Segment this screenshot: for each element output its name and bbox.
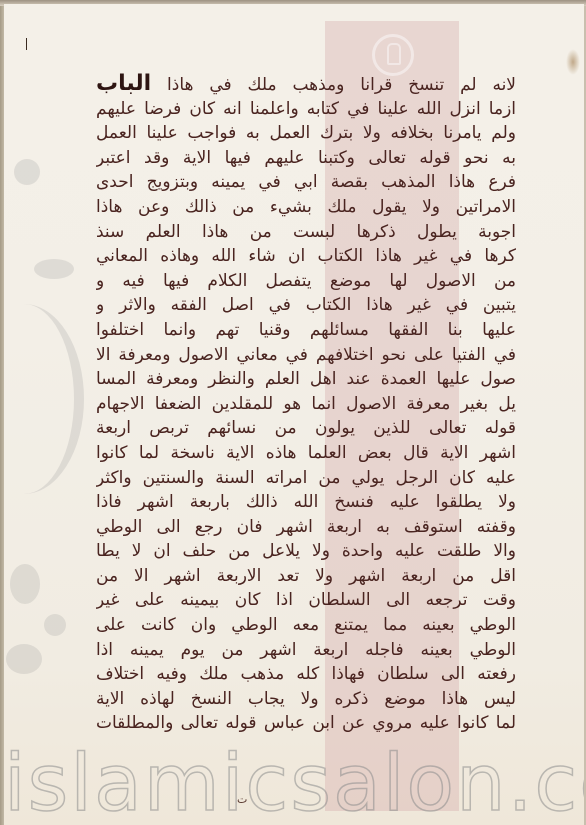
manuscript-page: لانه لم تنسخ قرانا ومذهب ملك في هاذا الب… [4,4,584,825]
text-line: اقل من اربعة اشهر ولا تعد الاربعة اشهر ا… [96,564,516,589]
text-line: والا طلقت عليه واحدة ولا يلاعل من حلف ان… [96,539,516,564]
watermark-blot [6,644,42,674]
text-line: فرع هاذا المذهب بقصة ابي في يمينه وبتزوي… [96,170,516,195]
text-line: عليها بنا الفقها مسائلهم وقنيا تهم وانما… [96,318,516,343]
crescent-watermark-icon [4,304,84,494]
text-line: لما كانوا عليه مروي عن ابن عباس قوله تعا… [96,711,516,736]
text-line: لانه لم تنسخ قرانا ومذهب ملك في هاذا الب… [96,72,516,97]
text-line: اجوبة يطول ذكرها لبست من هاذا العلم سنذ [96,220,516,245]
text-line: كرها في غير هاذا الكتاب ان شاء الله وهاذ… [96,244,516,269]
watermark-blot [34,259,74,279]
text-line: صول عليها العمدة عند اهل العلم والنظر وم… [96,367,516,392]
text-line: الوطي بعينه فاجله اربعة اشهر من يوم يمين… [96,638,516,663]
site-watermark: islamicsalon.com [4,739,584,825]
text-line: يل بغير معرفة الاصول انما هو للمقلدين ال… [96,392,516,417]
text-line: ازما انزل الله علينا في كتابه واعلمنا ان… [96,97,516,122]
emblem-watermark-icon [372,34,414,76]
watermark-blot [10,564,40,604]
paper-stain [566,49,580,75]
text-line: الوطي بعينه مما يمتنع معه الوطي وان كانت… [96,613,516,638]
watermark-blot [44,614,66,636]
watermark-blot [14,159,40,185]
ink-speck [26,38,27,50]
text-line: اشهر الاية قال بعض العلما هاذه الاية ناس… [96,441,516,466]
text-line: الامراتين ولا يقول ملك بشيء من ذالك وعن … [96,195,516,220]
text-line: عليه كان الرجل يولي من امراته السنة والس… [96,466,516,491]
manuscript-text: لانه لم تنسخ قرانا ومذهب ملك في هاذا الب… [96,72,516,736]
text-line: ليس هاذا موضع ذكره ولا يجاب النسخ لهاذه … [96,687,516,712]
text-line: ولم يامرنا بخلافه ولا بترك العمل به فواج… [96,121,516,146]
text-line: ولا يطلقوا عليه فنسخ الله ذالك باربعة اش… [96,490,516,515]
text-line: به نحو قوله تعالى وكتبنا عليهم فيها الاي… [96,146,516,171]
text-line: من الاصول لها موضع يتفصل الكلام فيها فيه… [96,269,516,294]
text-line: رفعته الى سلطان فهاذا كله مذهب ملك وفيه … [96,662,516,687]
text-line: قوله تعالى للذين يولون من نسائهم تربص ار… [96,416,516,441]
text-line: وقت ترجعه الى السلطان اذا كان بيمينه على… [96,588,516,613]
text-line: وقفته استوقف به اربعة اشهر فان رجع الى ا… [96,515,516,540]
text-line: في الفتيا على نحو اختلافهم في معاني الاص… [96,343,516,368]
chapter-heading: الباب [96,72,151,96]
line-text: لانه لم تنسخ قرانا ومذهب ملك في هاذا [167,75,516,95]
text-line: يتبين في غير هاذا الكتاب في اصل الفقه وا… [96,293,516,318]
